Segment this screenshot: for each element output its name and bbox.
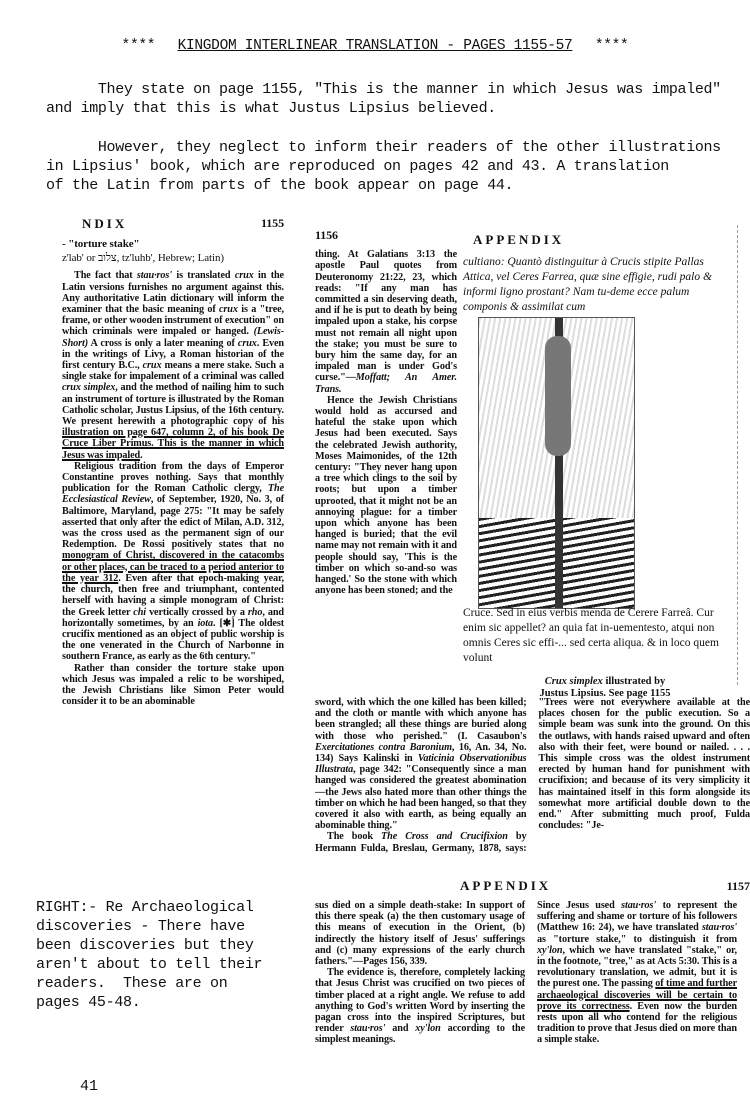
latin-text-top: cultiano: Quantò distinguitur à Crucis s…	[463, 255, 721, 315]
page-1155-number: 1155	[261, 218, 284, 229]
page-1157-header: APPENDIX 1157	[315, 878, 750, 894]
intro-paragraph-2: However, they neglect to inform their re…	[46, 138, 750, 195]
page-1157-heading: APPENDIX	[460, 878, 551, 894]
hebrew-latin-line: z'lab' or צלוב, tz'luhb', Hebrew; Latin)	[62, 253, 284, 264]
document-header: **** KINGDOM INTERLINEAR TRANSLATION - P…	[0, 38, 750, 54]
page-1155-heading: NDIX	[82, 218, 127, 229]
intro-paragraph-1: They state on page 1155, "This is the ma…	[46, 80, 750, 118]
page-1155-column: NDIX 1155 - "torture stake" z'lab' or צל…	[62, 218, 284, 707]
side-note: RIGHT:- Re Archaeological discoveries - …	[36, 898, 286, 1012]
page-1157-number: 1157	[727, 879, 750, 894]
page-1156-number: 1156	[315, 230, 457, 241]
header-stars-right: ****	[595, 38, 629, 54]
page-1156-wide-text: sword, with which the one killed has bee…	[315, 697, 750, 854]
page-number: 41	[80, 1078, 98, 1095]
scan-edge	[737, 225, 740, 685]
page-1157-left-column: sus died on a simple death-stake: In sup…	[315, 900, 525, 1046]
page-1156-heading: APPENDIX	[473, 232, 564, 248]
paragraph-crux: The fact that stau·ros' is translated cr…	[62, 270, 284, 460]
paragraph-tradition: Religious tradition from the days of Emp…	[62, 461, 284, 663]
paragraph-maimonides: Hence the Jewish Christians would hold a…	[315, 395, 457, 597]
page-1157-right-column: Since Jesus used stau·ros' to represent …	[537, 900, 737, 1046]
page-1155-header: NDIX 1155	[82, 218, 284, 229]
entry-subhead: - "torture stake"	[62, 239, 284, 250]
header-title: KINGDOM INTERLINEAR TRANSLATION - PAGES …	[178, 38, 573, 54]
header-stars-left: ****	[122, 38, 156, 54]
crux-simplex-illustration	[478, 317, 635, 609]
latin-text-bottom: Cruce. Sed in eius verbis menda de Cerer…	[463, 606, 721, 666]
page-1156-column: 1156 thing. At Galatians 3:13 the apostl…	[315, 230, 457, 597]
underlined-claim: illustration on page 647, column 2, of h…	[62, 427, 284, 460]
paragraph-galatians: thing. At Galatians 3:13 the apostle Pau…	[315, 249, 457, 395]
paragraph-relic: Rather than consider the torture stake u…	[62, 663, 284, 708]
illustration-figure	[545, 336, 571, 456]
